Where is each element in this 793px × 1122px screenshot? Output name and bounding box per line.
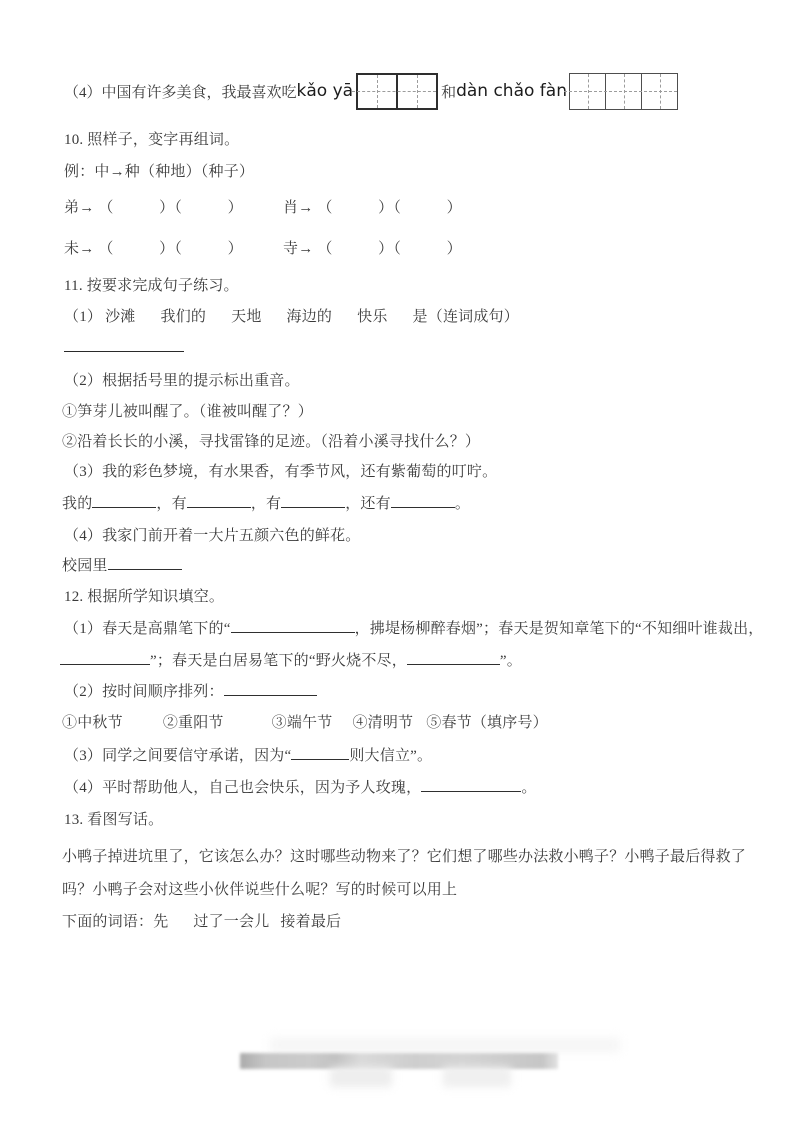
q11-item3-fill-seg: ，有 [251,496,281,512]
answer-blank [108,556,182,570]
answer-blank [281,494,345,508]
q11-item2-sub1: ①笋芽儿被叫醒了。（谁被叫醒了？） [62,403,313,422]
writing-cell [606,74,642,109]
answer-blank [92,494,156,508]
q13-para-line2: 吗？小鸭子会对这些小伙伴说些什么呢？写的时候可以用上 [62,881,457,900]
q11-item1-word: 天地 [231,309,261,325]
q12-item3: （3）同学之间要信守承诺，因为“则大信立”。 [64,746,432,766]
q11-item1-word: 我们的 [161,309,207,325]
q12-item2: （2）按时间顺序排列： [64,682,317,702]
q11-item3-fill-seg: 。 [455,496,470,512]
q11-item3-fill-seg: ，还有 [345,496,391,512]
q12-item1-seg: ”；春天是白居易笔下的“野火烧不尽， [150,653,407,669]
blurred-watermark [240,1053,558,1069]
q11-item1-word: 沙滩 [105,309,135,325]
q11-item3: （3）我的彩色梦境，有水果香，有季节风，还有紫葡萄的叮咛。 [64,463,497,482]
q13-heading: 13. 看图写话。 [64,811,163,830]
pinyin-kaoya: kǎo yā [297,81,354,101]
writing-cell [398,75,436,108]
q10-row2-left: 未→ （ ）（ ） [64,240,283,259]
q11-item1-word: 海边的 [287,309,333,325]
q13-word: 最后 [311,914,341,930]
q10-row1-right: 肖→ （ ）（ ） [283,200,462,216]
q12-item4: （4）平时帮助他人，自己也会快乐，因为予人玫瑰，。 [64,778,537,798]
answer-blank [60,651,150,665]
q12-item4-seg: （4）平时帮助他人，自己也会快乐，因为予人玫瑰， [64,780,421,796]
q11-item1: （1）沙滩我们的天地海边的快乐是（连词成句） [64,308,519,327]
q13-word: 先 [153,914,168,930]
q13-para-line1: 小鸭子掉进坑里了，它该怎么办？这时哪些动物来了？它们想了哪些办法救小鸭子？小鸭子… [62,848,746,867]
q11-item1-label: （1） [64,309,102,325]
q10-example: 例：中→种（种地）（种子） [64,163,254,182]
q11-item3-fill-seg: 我的 [62,496,92,512]
q11-item4-fill: 校园里 [62,556,182,576]
q12-item1-seg: ，拂堤杨柳醉春烟”；春天是贺知章笔下的“不知细叶谁裁出， [355,621,764,637]
q12-item4-seg: 。 [521,780,536,796]
q13-word-lead: 下面的词语： [62,914,153,930]
festival-option: ③端午节 [272,715,333,731]
answer-blank [421,778,521,792]
q12-item1-line2: ”；春天是白居易笔下的“野火烧不尽，”。 [60,651,522,671]
q10-row2: 未→ （ ）（ ）寺→ （ ）（ ） [64,240,462,259]
answer-blank [291,746,349,760]
q12-item2-options: ①中秋节②重阳节③端午节④清明节⑤春节（填序号） [62,714,548,733]
q11-item3-fill: 我的，有，有，还有。 [62,494,470,514]
q12-item3-seg: （3）同学之间要信守承诺，因为“ [64,748,291,764]
q12-item3-seg: 则大信立”。 [349,748,432,764]
q13-para-line3: 下面的词语：先过了一会儿接着最后 [62,913,341,932]
q10-heading: 10. 照样子，变字再组词。 [64,131,239,150]
q12-item1-seg: ”。 [500,653,522,669]
writing-grid-kaoya [356,73,438,110]
answer-line [64,351,184,352]
q9-item4-row: （4）中国有许多美食，我最喜欢吃 kǎo yā 和 dàn chǎo fàn [64,72,678,110]
q11-item1-word: 是（连词成句） [413,309,519,325]
answer-blank [231,619,355,633]
q11-item4-fill-lead: 校园里 [62,558,108,574]
answer-blank [224,682,317,696]
q12-heading: 12. 根据所学知识填空。 [64,588,224,607]
festival-option: ④清明节 [352,715,413,731]
writing-cell [358,75,398,108]
q11-heading: 11. 按要求完成句子练习。 [64,277,239,296]
q11-item3-fill-seg: ，有 [156,496,186,512]
worksheet-page: （4）中国有许多美食，我最喜欢吃 kǎo yā 和 dàn chǎo fàn 1… [0,0,793,1122]
q10-row1: 弟→ （ ）（ ）肖→ （ ）（ ） [64,199,462,218]
festival-option: ⑤春节（填序号） [426,715,548,731]
q9-item4-text: （4）中国有许多美食，我最喜欢吃 [64,81,297,102]
q10-row2-right: 寺→ （ ）（ ） [283,241,462,257]
watermark-halo [270,1038,620,1052]
q11-item2: （2）根据括号里的提示标出重音。 [64,372,300,391]
q10-row1-left: 弟→ （ ）（ ） [64,199,283,218]
q12-item1-seg: （1）春天是高鼎笔下的“ [64,621,231,637]
q12-item1-line1: （1）春天是高鼎笔下的“，拂堤杨柳醉春烟”；春天是贺知章笔下的“不知细叶谁裁出， [64,619,763,639]
q11-item4: （4）我家门前开着一大片五颜六色的鲜花。 [64,527,361,546]
q11-item1-word: 快乐 [357,309,387,325]
writing-grid-danchaofan [569,73,678,110]
q11-item2-sub2: ②沿着长长的小溪，寻找雷锋的足迹。（沿着小溪寻找什么？） [62,433,480,452]
pinyin-danchaofan: dàn chǎo fàn [456,81,567,101]
writing-cell [642,74,677,109]
answer-blank [391,494,455,508]
festival-option: ②重阳节 [163,715,224,731]
q13-word: 过了一会儿 [193,914,269,930]
writing-cell [570,74,606,109]
answer-blank [187,494,251,508]
q9-item4-and: 和 [441,81,456,102]
q12-item2-lead: （2）按时间顺序排列： [64,684,224,700]
festival-option: ①中秋节 [62,715,123,731]
answer-blank [407,651,500,665]
q13-word: 接着 [280,914,310,930]
